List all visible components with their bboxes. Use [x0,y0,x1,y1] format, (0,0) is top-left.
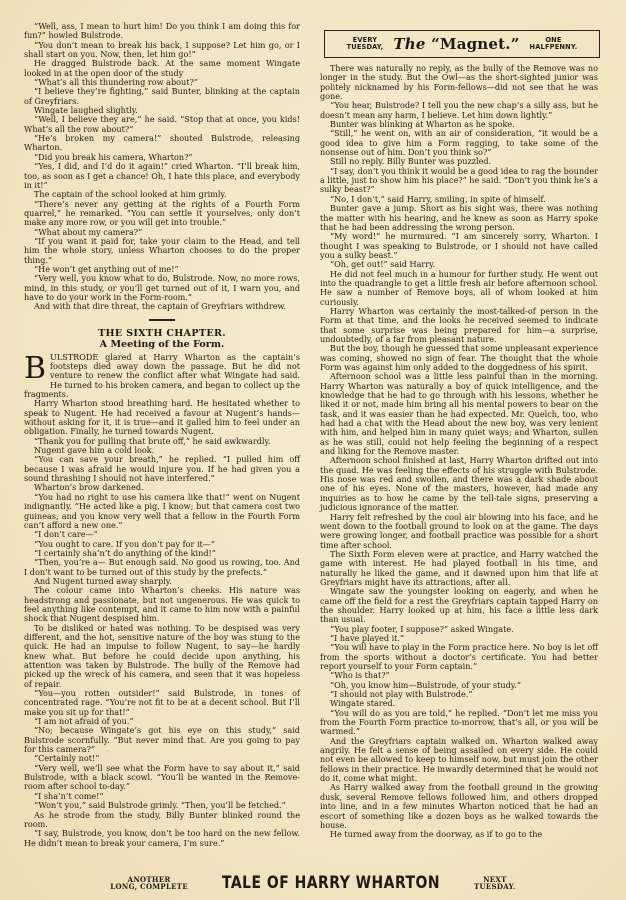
footer-left: ANOTHER LONG, COMPLETE [110,876,188,891]
magazine-page: “Well, ass, I mean to hurt him! Do you t… [0,0,626,900]
paragraph: He dragged Bulstrode back. At the same m… [24,59,300,78]
footer-banner: ANOTHER LONG, COMPLETE TALE OF HARRY WHA… [0,872,626,894]
paragraph: “There’s never any getting at the rights… [24,200,300,228]
paragraph: “You will have to play in the Form pract… [320,643,598,671]
paragraph: The colour came into Wharton’s cheeks. H… [24,586,300,623]
chapter-subtitle: A Meeting of the Form. [24,339,300,351]
paragraph: As Harry walked away from the football g… [320,783,598,830]
paragraph: “Very well, you know what to do, Bulstro… [24,274,300,302]
paragraph: Bunter gave a jump. Short as his sight w… [320,204,598,232]
paragraph: “You don’t mean to break his back, I sup… [24,41,300,60]
footer-right: NEXT TUESDAY. [474,876,516,891]
right-paragraphs: There was naturally no reply, as the bul… [320,64,598,840]
paragraph: “I say, don’t you think it would be a go… [320,167,598,195]
paragraph: “You can save your breath,” he replied. … [24,455,300,483]
paragraph: As he strode from the study, Billy Bunte… [24,811,300,830]
paragraph: Harry Wharton stood breathing hard. He h… [24,399,300,436]
paragraph: “Very well, we’ll see what the Form have… [24,764,300,792]
paragraph: “I believe they’re fighting,” said Bunte… [24,87,300,106]
paragraph: “You—you rotten outsider!” said Bulstrod… [24,689,300,717]
paragraph: “Well, I believe they are,” he said. “St… [24,115,300,134]
paragraph: He turned away from the doorway, as if t… [320,830,598,839]
paragraph: “You had no right to use his camera like… [24,493,300,530]
masthead-title: The “Magnet.” [393,35,519,53]
paragraph: “Well, ass, I mean to hurt him! Do you t… [24,22,300,41]
masthead-the: The [393,35,425,53]
paragraph: “I say, Bulstrode, you know, don’t be to… [24,829,300,848]
paragraph: Wingate saw the youngster looking on eag… [320,587,598,624]
footer-tuesday: TUESDAY. [474,883,516,891]
footer-title: TALE OF HARRY WHARTON [222,873,440,893]
paragraph: “Still,” he went on, with an air of cons… [320,129,598,157]
paragraph: To be disliked or hated was nothing. To … [24,624,300,689]
masthead-halfpenny: HALFPENNY. [530,44,578,51]
drop-cap: B [24,356,46,382]
left-paragraphs-before: “Well, ass, I mean to hurt him! Do you t… [24,22,300,312]
chapter-title: THE SIXTH CHAPTER. [24,328,300,339]
left-column: “Well, ass, I mean to hurt him! Do you t… [24,22,300,848]
paragraph: And with that dire threat, the captain o… [24,302,300,311]
paragraph: The Sixth Form eleven were at practice, … [320,550,598,587]
footer-long-complete: LONG, COMPLETE [110,883,188,891]
paragraph: “No; because Wingate’s got his eye on th… [24,726,300,754]
paragraph: Harry felt refreshed by the cool air blo… [320,513,598,550]
paragraph: And the Greyfriars captain walked on. Wh… [320,737,598,784]
chapter-opening-paragraph: BULSTRODE glared at Harry Wharton as the… [24,353,300,400]
paragraph: Harry Wharton was certainly the most-tal… [320,307,598,344]
masthead-tuesday: TUESDAY, [347,44,384,51]
masthead-magnet: “Magnet.” [431,35,519,53]
paragraph: “You will do as you are told,” he replie… [320,709,598,737]
paragraph: Afternoon school was a little less painf… [320,372,598,456]
section-divider [149,319,175,321]
opening-text: ULSTRODE glared at Harry Wharton as the … [24,352,300,399]
paragraph: There was naturally no reply, as the bul… [320,64,598,101]
paragraph: “He’s broken my camera!” shouted Bulstro… [24,134,300,153]
left-paragraphs-after: Harry Wharton stood breathing hard. He h… [24,399,300,848]
paragraph: He did not feel much in a humour for fur… [320,270,598,307]
paragraph: “Yes, I did, and I’d do it again!” cried… [24,162,300,190]
masthead-price: ONE HALFPENNY. [530,37,578,51]
masthead-frequency: EVERY TUESDAY, [347,37,384,51]
right-column: There was naturally no reply, as the bul… [320,64,598,840]
paragraph: “Then, you’re a— But enough said. No goo… [24,558,300,577]
paragraph: Afternoon school finished at last, Harry… [320,456,598,512]
masthead-banner: EVERY TUESDAY, The “Magnet.” ONE HALFPEN… [324,30,600,58]
paragraph: “You hear, Bulstrode? I tell you the new… [320,101,598,120]
paragraph: But the boy, though he guessed that some… [320,344,598,372]
paragraph: “If you want it paid for, take your clai… [24,237,300,265]
paragraph: “My word!” he murmured. “I am sincerely … [320,232,598,260]
